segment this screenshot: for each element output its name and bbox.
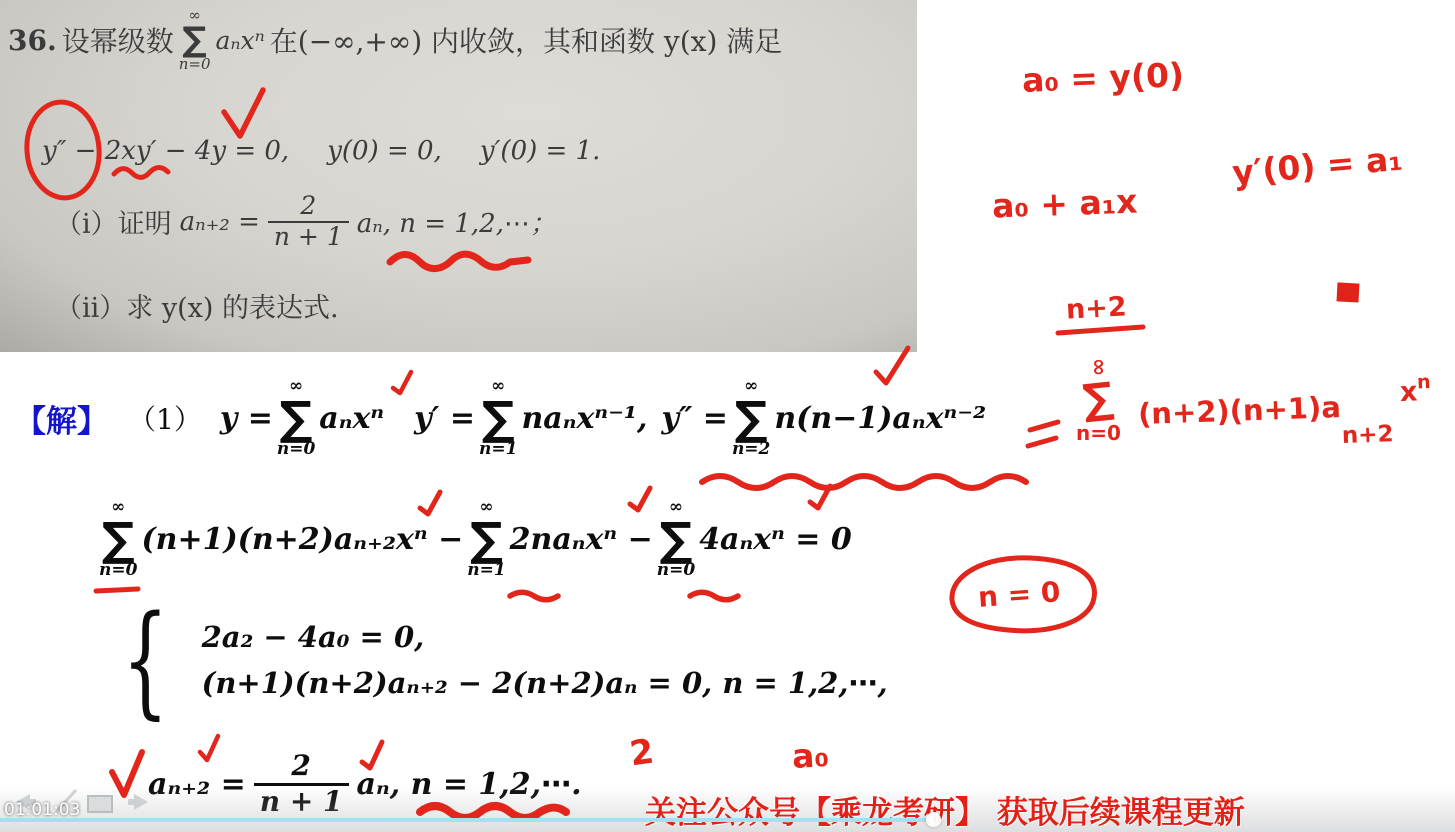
video-timestamp: 01:01:03 [4, 800, 80, 820]
video-frame: 36. 设幂级数 ∞ ∑ n=0 aₙxⁿ 在(−∞,+∞) 内收敛，其和函数 … [0, 0, 1455, 832]
term-subscript: n+2 [1341, 421, 1394, 449]
fraction-numerator: 2 [288, 192, 328, 221]
series-term: aₙxⁿ [216, 26, 265, 55]
sum-symbol: ∞ ∑ n=2 [732, 378, 770, 458]
eq-ypp-lhs: y″ = [662, 401, 728, 436]
sigma-glyph: ∑ [1081, 377, 1115, 422]
handwritten-n-equals-0: n = 0 [977, 575, 1061, 614]
handwritten-sum-term: (n+2)(n+1)an+2xn [1137, 387, 1431, 431]
fraction-numerator: 2 [279, 750, 322, 782]
redo-arrow-icon[interactable] [128, 794, 148, 810]
system-brace: { [122, 608, 169, 712]
part-i-fraction: 2 n + 1 [268, 192, 349, 252]
handwritten-sum-symbol: ∞ ∑ n=0 [1076, 356, 1121, 443]
system-row-2: (n+1)(n+2)aₙ₊₂ − 2(n+2)aₙ = 0, n = 1,2,⋯… [202, 666, 888, 700]
system-row-1: 2a₂ − 4a₀ = 0, [202, 620, 888, 654]
eq2-term-1: (n+1)(n+2)aₙ₊₂xⁿ − [141, 522, 463, 557]
part-i-lhs: aₙ₊₂ = [180, 207, 260, 237]
sum-lower-limit: n=0 [1076, 423, 1121, 443]
problem-intro-pre: 设幂级数 [62, 20, 174, 60]
solution-line-2: ∞ ∑ n=0 (n+1)(n+2)aₙ₊₂xⁿ − ∞ ∑ n=1 2naₙx… [95, 480, 852, 598]
x-exponent: n [1417, 371, 1431, 393]
promo-banner: 关注公众号【乘龙考研】 获取后续课程更新 [645, 787, 1245, 832]
sigma-glyph: ∑ [482, 395, 515, 441]
video-playhead[interactable] [926, 812, 941, 827]
ode-condition-1: y(0) = 0, [327, 136, 442, 166]
handwritten-n-plus-2: n+2 [1065, 291, 1127, 325]
ode-equation: y″ − 2xy′ − 4y = 0, [42, 136, 289, 166]
sum-lower-limit: n=0 [99, 562, 137, 579]
video-progress-bar[interactable] [0, 818, 934, 822]
sum-lower-limit: n=2 [732, 441, 770, 458]
part-i-tail: aₙ, n = 1,2,⋯； [357, 203, 556, 240]
ode-line: y″ − 2xy′ − 4y = 0, y(0) = 0, y′(0) = 1. [42, 136, 600, 166]
eq-yp-term: naₙxⁿ⁻¹, [521, 401, 647, 436]
handwritten-two: 2 [627, 732, 656, 775]
sigma-glyph: ∑ [280, 395, 313, 441]
problem-number: 36. [8, 24, 57, 57]
part-ii-text: （ii）求 y(x) 的表达式. [55, 293, 339, 324]
eq2-term-3: 4aₙxⁿ = 0 [699, 522, 852, 557]
sum-lower-limit: n=0 [277, 441, 315, 458]
eq-y-lhs: y = [220, 401, 273, 436]
series-sum-symbol: ∞ ∑ n=0 [179, 8, 211, 72]
red-underline-n-plus-2 [1058, 327, 1143, 333]
term-body: (n+2)(n+1)a [1137, 390, 1341, 431]
term-x: xn [1399, 376, 1431, 408]
problem-scan-image: 36. 设幂级数 ∞ ∑ n=0 aₙxⁿ 在(−∞,+∞) 内收敛，其和函数 … [0, 0, 917, 352]
part-i-line: （i）证明 aₙ₊₂ = 2 n + 1 aₙ, n = 1,2,⋯； [55, 192, 556, 252]
sum-lower-limit: n=1 [467, 562, 505, 579]
problem-intro-line: 36. 设幂级数 ∞ ∑ n=0 aₙxⁿ 在(−∞,+∞) 内收敛，其和函数 … [8, 8, 782, 72]
sigma-glyph: ∑ [470, 516, 503, 562]
handwritten-partial-sum: a₀ + a₁x [991, 181, 1138, 225]
eq-ypp-term: n(n−1)aₙxⁿ⁻² [774, 401, 986, 436]
part-i-label: （i）证明 [55, 202, 172, 241]
sum-symbol: ∞ ∑ n=0 [657, 499, 695, 579]
solution-part-number: （1） [128, 398, 202, 438]
problem-intro-post: 在(−∞,+∞) 内收敛，其和函数 y(x) 满足 [270, 20, 782, 60]
ode-condition-2: y′(0) = 1. [480, 136, 601, 166]
sum-lower-limit: n=1 [479, 441, 517, 458]
eq2-term-2: 2naₙxⁿ − [510, 522, 653, 557]
sum-symbol: ∞ ∑ n=1 [467, 499, 505, 579]
equation-system: { 2a₂ − 4a₀ = 0, (n+1)(n+2)aₙ₊₂ − 2(n+2)… [122, 608, 888, 712]
red-equals-sign [1028, 422, 1058, 446]
handwritten-a0: a₀ [791, 735, 830, 776]
fraction-denominator: n + 1 [268, 221, 349, 252]
sigma-glyph: ∑ [182, 23, 206, 57]
sum-symbol: ∞ ∑ n=0 [99, 499, 137, 579]
handwritten-a0-equals-y0: a₀ = y(0) [1021, 55, 1184, 100]
solution-label: 【解】 [15, 396, 108, 441]
sum-lower-limit: n=0 [657, 562, 695, 579]
eq-y-term: aₙxⁿ [319, 401, 384, 436]
solution-line-1: 【解】 （1） y = ∞ ∑ n=0 aₙxⁿ y′ = ∞ ∑ n=1 na… [15, 364, 986, 472]
red-square-dot [1336, 282, 1359, 302]
sigma-glyph: ∑ [659, 516, 692, 562]
part-ii-line: （ii）求 y(x) 的表达式. [55, 286, 339, 325]
sum-symbol: ∞ ∑ n=0 [277, 378, 315, 458]
eq-yp-lhs: y′ = [414, 401, 475, 436]
rectangle-tool-icon[interactable] [88, 796, 112, 812]
handwritten-yprime0-equals-a1: y′(0) = a₁ [1231, 139, 1404, 193]
sum-symbol: ∞ ∑ n=1 [479, 378, 517, 458]
x-glyph: x [1399, 376, 1417, 408]
sigma-glyph: ∑ [102, 516, 135, 562]
sum-lower-limit: n=0 [179, 57, 211, 72]
sigma-glyph: ∑ [735, 395, 768, 441]
